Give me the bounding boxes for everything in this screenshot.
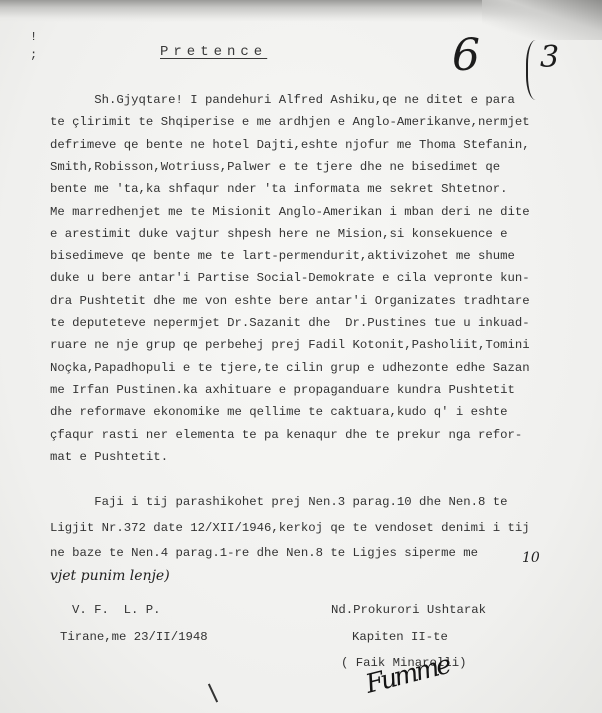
handwritten-years-number: 10	[522, 550, 540, 566]
typed-line: defrimeve qe bente ne hotel Dajti,eshte …	[50, 138, 530, 153]
pen-stroke-mark	[208, 684, 218, 703]
typed-line: dhe reformave ekonomike me qellime te ca…	[50, 405, 508, 420]
typed-line: te çlirimit te Shqiperise e me ardhjen e…	[50, 115, 530, 130]
typed-line: bente me 'ta,ka shfaqur nder 'ta informa…	[50, 182, 508, 197]
typed-line: duke u bere antar'i Partise Social-Demok…	[50, 271, 530, 286]
typed-line: bisedimeve qe bente me te lart-permendur…	[50, 249, 515, 264]
typed-line: Faji i tij parashikohet prej Nen.3 parag…	[50, 495, 508, 510]
typed-line: e arestimit duke vajtur shpesh here ne M…	[50, 227, 508, 242]
footer-vfl-p: V. F. L. P.	[72, 603, 161, 617]
margin-mark: !	[30, 30, 37, 44]
typed-line: Sh.Gjyqtare! I pandehuri Alfred Ashiku,q…	[50, 93, 515, 108]
scanned-document-page: ! ; Pretence 6 3 Sh.Gjyqtare! I pandehur…	[0, 0, 602, 713]
handwritten-page-number: 6	[452, 30, 480, 81]
typed-line: mat e Pushtetit.	[50, 450, 168, 465]
handwritten-page-number-2: 3	[540, 40, 559, 75]
margin-mark: ;	[30, 48, 37, 62]
typed-line: Smith,Robisson,Wotriuss,Palwer e te tjer…	[50, 160, 500, 175]
footer-place-date: Tirane,me 23/II/1948	[60, 630, 208, 644]
scan-corner-shadow	[482, 0, 602, 40]
typed-line: te deputeteve nepermjet Dr.Sazanit dhe D…	[50, 316, 530, 331]
footer-rank: Kapiten II-te	[352, 630, 448, 644]
footer-prosecutor-title: Nd.Prokurori Ushtarak	[331, 603, 486, 617]
typed-line: dra Pushtetit dhe me von eshte bere anta…	[50, 294, 530, 309]
typed-line: ne baze te Nen.4 parag.1-re dhe Nen.8 te…	[50, 546, 478, 561]
typed-line: me Irfan Pustinen.ka axhituare e propaga…	[50, 383, 515, 398]
typed-line: Me marredhenjet me te Misionit Anglo-Ame…	[50, 205, 530, 220]
typed-line: ruare ne nje grup qe perbehej prej Fadil…	[50, 338, 530, 353]
typed-line: çfaqur rasti ner elementa te pa kenaqur …	[50, 428, 522, 443]
document-title: Pretence	[160, 44, 267, 60]
typed-line: Ligjit Nr.372 date 12/XII/1946,kerkoj qe…	[50, 521, 530, 536]
handwritten-note: vjet punim lenje)	[50, 568, 170, 584]
typed-line: Noçka,Papadhopuli e te tjere,te cilin gr…	[50, 361, 530, 376]
